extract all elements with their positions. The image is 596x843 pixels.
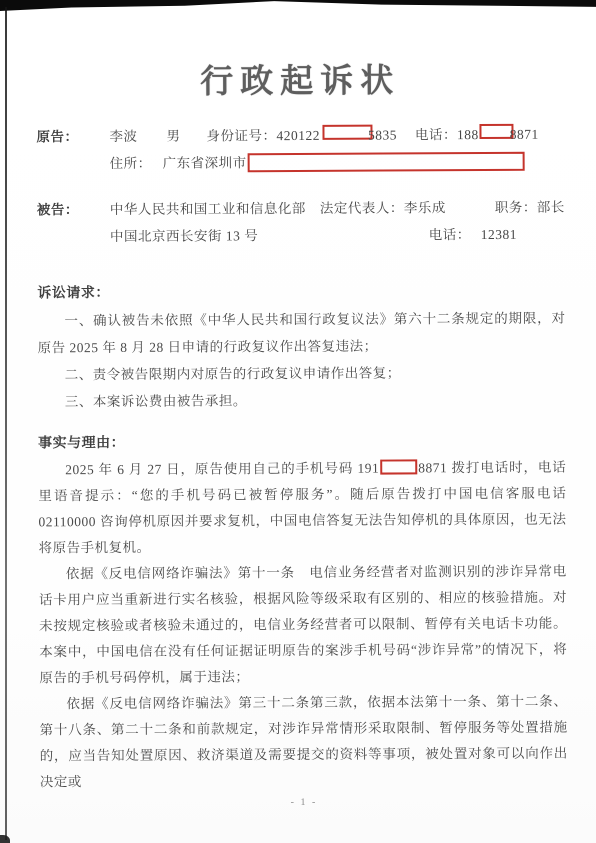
plaintiff-phone-prefix: 188 xyxy=(457,121,479,148)
defendant-address-row: 中国北京西长安街 13 号 电话： 12381 xyxy=(37,221,565,251)
defendant-name: 中华人民共和国工业和信息化部 xyxy=(110,195,306,223)
page-number: - 1 - xyxy=(40,796,568,810)
redaction-box-phone xyxy=(480,124,514,139)
facts-heading: 事实与理由： xyxy=(38,428,566,458)
claims-section: 诉讼请求： 一、确认被告未依照《中华人民共和国行政复议法》第六十二条规定的期限，… xyxy=(37,278,566,416)
defendant-legal-rep: 李乐成 xyxy=(404,194,446,221)
defendant-section: 被告： 中华人民共和国工业和信息化部 法定代表人： 李乐成 职务： 部长 中国北… xyxy=(37,194,565,251)
facts-paragraph-1: 2025 年 6 月 27 日，原告使用自己的手机号码 1918871 拨打电话… xyxy=(38,455,567,562)
plaintiff-name: 李波 xyxy=(109,123,137,150)
plaintiff-gender: 男 xyxy=(166,123,180,150)
claim-item-2: 二、责令被告限期内对原告的行政复议申请作出答复； xyxy=(38,359,566,389)
plaintiff-section: 原告： 李波 男 身份证号： 420122 5835 电话： 188 8871 … xyxy=(36,121,564,178)
plaintiff-label: 原告： xyxy=(36,123,109,150)
facts-paragraph-3: 依据《反电信网络诈骗法》第三十二条第三款，依据本法第十一条、第十二条、第十八条、… xyxy=(39,689,568,796)
plaintiff-id-label: 身份证号： xyxy=(206,122,276,149)
claims-heading: 诉讼请求： xyxy=(37,278,565,308)
claim-item-1: 一、确认被告未依照《中华人民共和国行政复议法》第六十二条规定的期限，对原告 20… xyxy=(37,305,565,362)
plaintiff-address-row: 住所： 广东省深圳市 xyxy=(37,148,565,178)
redaction-box-mobile-number xyxy=(380,459,417,474)
defendant-position: 部长 xyxy=(537,194,565,221)
defendant-phone: 12381 xyxy=(481,221,517,248)
plaintiff-address-label: 住所： xyxy=(110,150,152,177)
document-content: 行政起诉状 原告： 李波 男 身份证号： 420122 5835 电话： 188… xyxy=(0,0,596,843)
facts-para1-text-before: 2025 年 6 月 27 日，原告使用自己的手机号码 191 xyxy=(65,461,379,478)
plaintiff-id-prefix: 420122 xyxy=(276,122,320,149)
facts-paragraph-2: 依据《反电信网络诈骗法》第十一条 电信业务经营者对监测识别的涉诈异常电话卡用户应… xyxy=(39,559,568,692)
plaintiff-phone-suffix: 8871 xyxy=(510,121,539,148)
plaintiff-row: 原告： 李波 男 身份证号： 420122 5835 电话： 188 8871 xyxy=(36,121,564,151)
plaintiff-address-value: 广东省深圳市 xyxy=(163,149,247,176)
defendant-address: 中国北京西长安街 13 号 xyxy=(110,222,258,250)
defendant-legal-rep-label: 法定代表人： xyxy=(320,194,404,221)
redaction-box-address xyxy=(248,152,525,172)
redaction-box-id-number xyxy=(322,125,372,140)
plaintiff-phone-label: 电话： xyxy=(415,121,457,148)
defendant-phone-label: 电话： xyxy=(429,221,471,248)
facts-section: 事实与理由： 2025 年 6 月 27 日，原告使用自己的手机号码 19188… xyxy=(38,428,568,796)
document-title: 行政起诉状 xyxy=(36,59,564,104)
plaintiff-id-suffix: 5835 xyxy=(368,121,397,148)
defendant-position-label: 职务： xyxy=(495,194,537,221)
defendant-label: 被告： xyxy=(37,196,110,223)
scanned-document-page: 行政起诉状 原告： 李波 男 身份证号： 420122 5835 电话： 188… xyxy=(0,0,596,843)
claim-item-3: 三、本案诉讼费由被告承担。 xyxy=(38,386,566,416)
defendant-row: 被告： 中华人民共和国工业和信息化部 法定代表人： 李乐成 职务： 部长 xyxy=(37,194,565,224)
